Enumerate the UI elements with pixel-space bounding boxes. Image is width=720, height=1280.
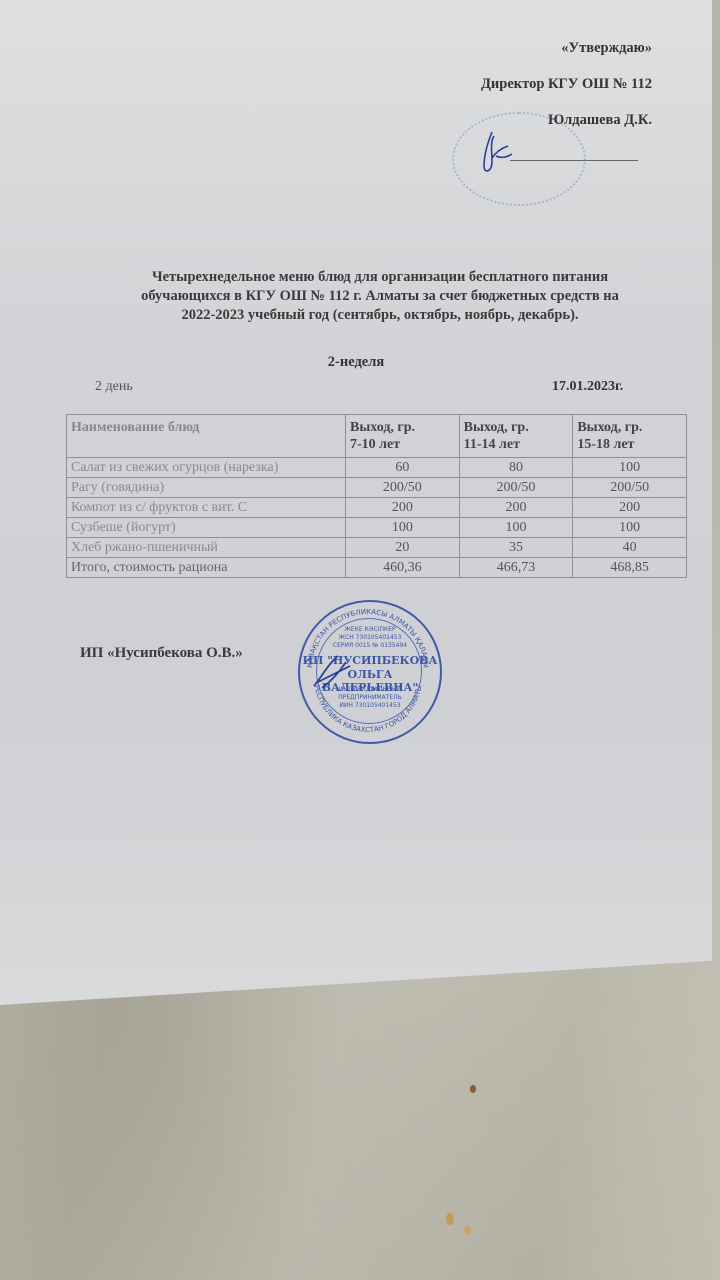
date-label: 17.01.2023г. xyxy=(552,379,623,395)
yield-7-10-cell: 200/50 xyxy=(346,478,460,498)
yield-15-18-cell: 40 xyxy=(573,538,687,558)
document-page: «Утверждаю» Директор КГУ ОШ № 112 Юлдаше… xyxy=(0,0,712,1005)
table-row: Компот из с/ фруктов с вит. С200200200 xyxy=(67,498,687,518)
yield-11-14-cell: 200/50 xyxy=(459,478,573,498)
director-signature xyxy=(478,128,518,178)
director-name: Юлдашева Д.К. xyxy=(481,112,652,129)
dish-name-cell: Салат из свежих огурцов (нарезка) xyxy=(67,458,346,478)
title-line: Четырехнедельное меню блюд для организац… xyxy=(80,268,680,287)
table-header-row: Наименование блюд Выход, гр.7-10 лет Вых… xyxy=(67,415,687,458)
yield-15-18-cell: 100 xyxy=(573,458,687,478)
yield-7-10-cell: 20 xyxy=(346,538,460,558)
yield-11-14-cell: 200 xyxy=(459,498,573,518)
yield-7-10-cell: 200 xyxy=(346,498,460,518)
table-row: Сузбеше (йогурт)100100100 xyxy=(67,518,687,538)
week-label: 2-неделя xyxy=(0,354,712,371)
dish-name-cell: Рагу (говядина) xyxy=(67,478,346,498)
header-dish-name: Наименование блюд xyxy=(67,415,346,458)
yield-15-18-cell: 100 xyxy=(573,518,687,538)
yield-11-14-cell: 466,73 xyxy=(459,558,573,578)
header-yield-11-14: Выход, гр.11-14 лет xyxy=(459,415,573,458)
approve-label: «Утверждаю» xyxy=(481,40,652,57)
dish-name-cell: Итого, стоимость рациона xyxy=(67,558,346,578)
table-row: Салат из свежих огурцов (нарезка)6080100 xyxy=(67,458,687,478)
header-yield-7-10: Выход, гр.7-10 лет xyxy=(346,415,460,458)
stamp-line: СЕРИЯ 0015 № 0135494 xyxy=(300,642,440,650)
title-line: обучающихся в КГУ ОШ № 112 г. Алматы за … xyxy=(80,287,680,306)
dish-name-cell: Сузбеше (йогурт) xyxy=(67,518,346,538)
day-label: 2 день xyxy=(95,379,133,395)
stain-mark xyxy=(470,1085,476,1093)
header-yield-15-18: Выход, гр.15-18 лет xyxy=(573,415,687,458)
stamp-line: ПРЕДПРИНИМАТЕЛЬ xyxy=(300,694,440,702)
stain-mark xyxy=(464,1225,471,1235)
stain-mark xyxy=(446,1213,454,1225)
menu-table: Наименование блюд Выход, гр.7-10 лет Вых… xyxy=(66,414,687,578)
table-row: Хлеб ржано-пшеничный203540 xyxy=(67,538,687,558)
yield-7-10-cell: 100 xyxy=(346,518,460,538)
stamp-line: ЖЕКЕ КӘСІПКЕР xyxy=(300,626,440,634)
dish-name-cell: Компот из с/ фруктов с вит. С xyxy=(67,498,346,518)
table-row: Рагу (говядина)200/50200/50200/50 xyxy=(67,478,687,498)
yield-11-14-cell: 100 xyxy=(459,518,573,538)
yield-7-10-cell: 60 xyxy=(346,458,460,478)
yield-15-18-cell: 468,85 xyxy=(573,558,687,578)
document-title: Четырехнедельное меню блюд для организац… xyxy=(80,268,680,325)
stamp-line: ЖСН 730105401453 xyxy=(300,634,440,642)
yield-7-10-cell: 460,36 xyxy=(346,558,460,578)
yield-15-18-cell: 200 xyxy=(573,498,687,518)
yield-11-14-cell: 80 xyxy=(459,458,573,478)
signature-line xyxy=(510,160,638,161)
dish-name-cell: Хлеб ржано-пшеничный xyxy=(67,538,346,558)
supplier-signature xyxy=(308,652,368,692)
yield-11-14-cell: 35 xyxy=(459,538,573,558)
supplier-name: ИП «Нусипбекова О.В.» xyxy=(80,645,243,662)
title-line: 2022-2023 учебный год (сентябрь, октябрь… xyxy=(80,306,680,325)
supplier-stamp: ҚАЗАҚСТАН РЕСПУБЛИКАСЫ АЛМАТЫ ҚАЛАСЫ РЕС… xyxy=(298,600,442,744)
table-row: Итого, стоимость рациона460,36466,73468,… xyxy=(67,558,687,578)
director-title: Директор КГУ ОШ № 112 xyxy=(481,76,652,93)
stamp-line: ИИН 730105401453 xyxy=(300,702,440,710)
yield-15-18-cell: 200/50 xyxy=(573,478,687,498)
